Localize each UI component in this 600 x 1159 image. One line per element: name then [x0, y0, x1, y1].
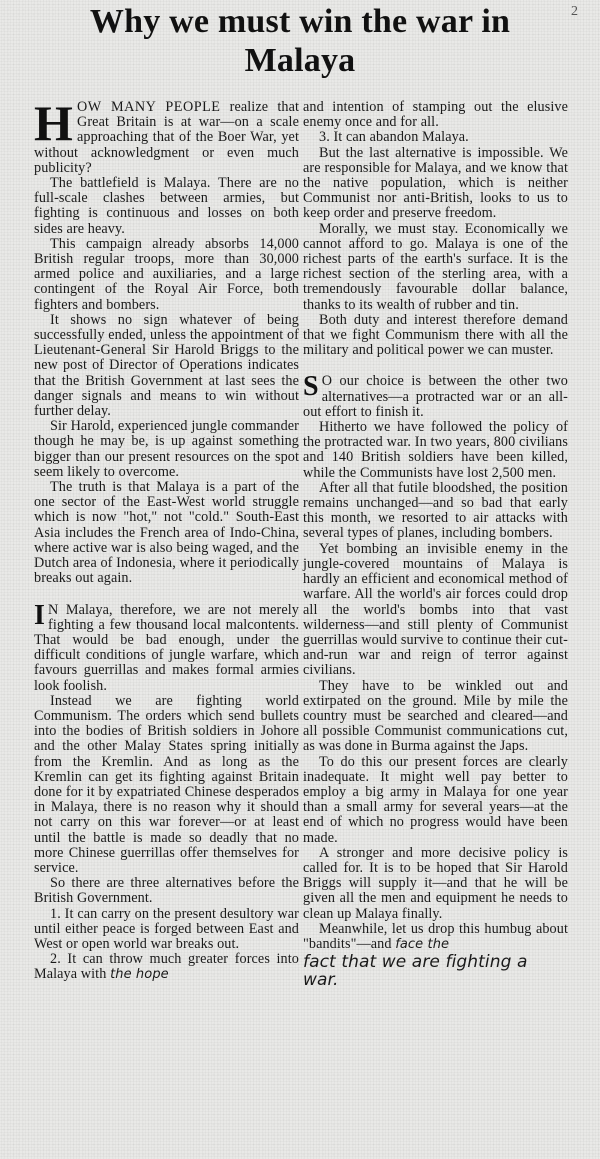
drop-cap: I: [34, 604, 45, 628]
paragraph: So there are three alternatives before t…: [34, 876, 299, 906]
lead-in: OW MANY PEOPLE: [77, 99, 220, 115]
paragraph: It shows no sign whatever of being succe…: [34, 313, 299, 419]
paragraph: Hitherto we have followed the policy of …: [303, 420, 568, 481]
handwritten-annotation-block: fact that we are fighting a war.: [303, 953, 568, 989]
paragraph: 1. It can carry on the present desultory…: [34, 907, 299, 953]
paragraph: Both duty and interest therefore demand …: [303, 313, 568, 359]
paragraph: 2. It can throw much greater forces into…: [34, 952, 299, 982]
paragraph: This campaign already absorbs 14,000 Bri…: [34, 237, 299, 313]
paragraph: HOW MANY PEOPLE realize that Great Brita…: [34, 100, 299, 176]
paragraph: Morally, we must stay. Economically we c…: [303, 222, 568, 313]
article-body: HOW MANY PEOPLE realize that Great Brita…: [34, 100, 568, 989]
paragraph-text: N Malaya, therefore, we are not merely f…: [34, 602, 299, 694]
paragraph: The truth is that Malaya is a part of th…: [34, 480, 299, 586]
paragraph: 3. It can abandon Malaya.: [303, 130, 568, 145]
paragraph: To do this our present forces are clearl…: [303, 755, 568, 846]
paragraph: After all that futile bloodshed, the pos…: [303, 481, 568, 542]
paragraph: IN Malaya, therefore, we are not merely …: [34, 603, 299, 694]
paragraph-text: O our choice is between the other two al…: [303, 373, 568, 419]
paragraph: Sir Harold, experienced jungle commander…: [34, 419, 299, 480]
drop-cap: S: [303, 375, 319, 399]
paragraph: Yet bombing an invisible enemy in the ju…: [303, 542, 568, 679]
headline-line-1: Why we must win the war in: [90, 3, 510, 40]
paragraph: But the last alternative is impossible. …: [303, 146, 568, 222]
paragraph: Meanwhile, let us drop this humbug about…: [303, 922, 568, 952]
drop-cap: H: [34, 102, 73, 144]
paragraph: SO our choice is between the other two a…: [303, 374, 568, 420]
headline-line-2: Malaya: [245, 42, 356, 79]
right-column: and intention of stamping out the elusiv…: [303, 100, 568, 989]
headline: Why we must win the war in Malaya: [0, 2, 600, 80]
paragraph: A stronger and more decisive policy is c…: [303, 846, 568, 922]
handwritten-annotation: the hope: [110, 967, 169, 982]
paragraph: They have to be winkled out and extirpat…: [303, 679, 568, 755]
paragraph: Instead we are fighting world Communism.…: [34, 694, 299, 876]
handwritten-annotation: face the: [395, 937, 449, 952]
paragraph: The battlefield is Malaya. There are no …: [34, 176, 299, 237]
paragraph: and intention of stamping out the elusiv…: [303, 100, 568, 130]
page-number: 2: [571, 4, 578, 20]
left-column: HOW MANY PEOPLE realize that Great Brita…: [34, 100, 299, 989]
